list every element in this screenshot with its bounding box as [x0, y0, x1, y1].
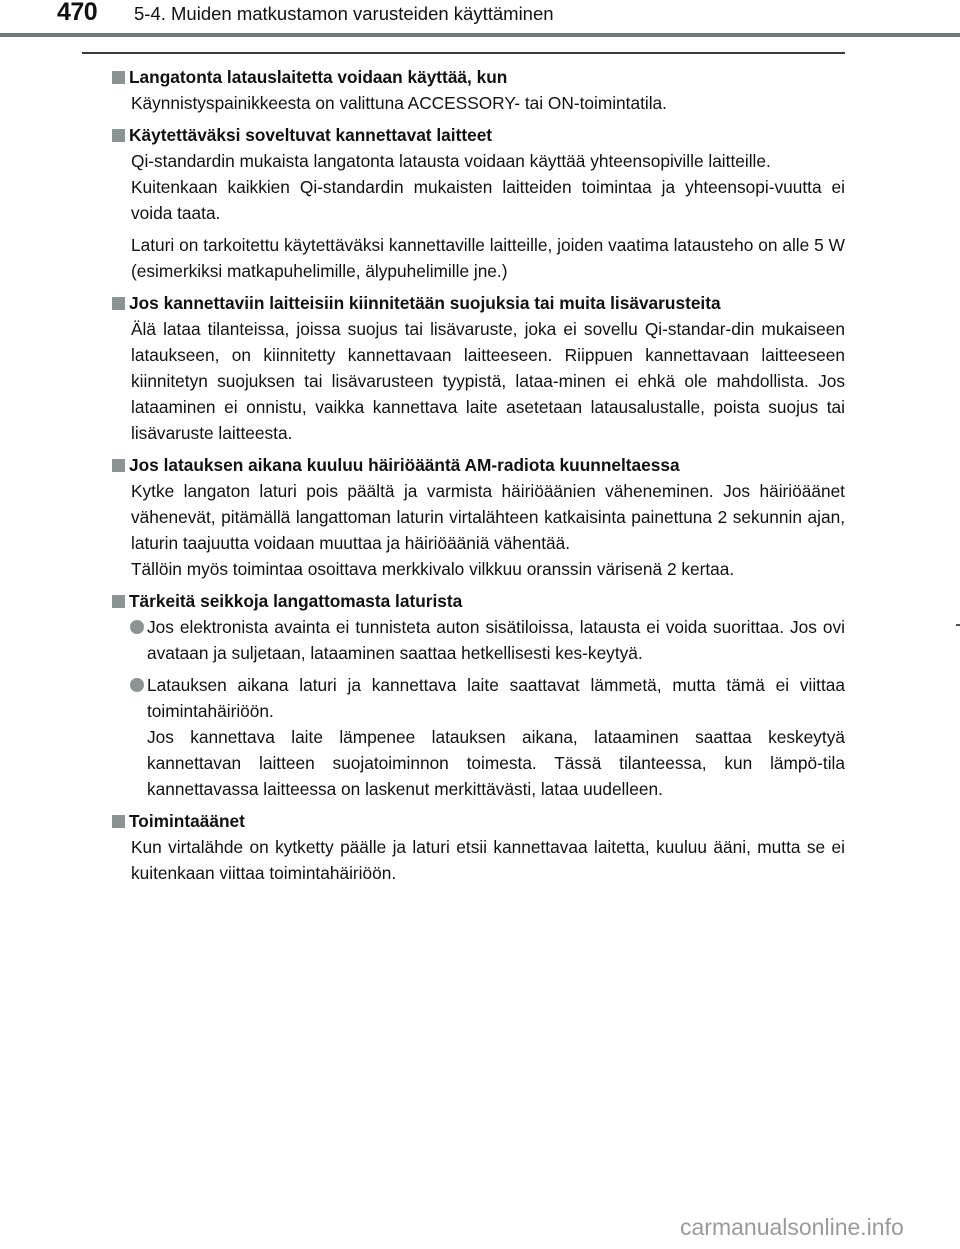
- circle-bullet-icon: [130, 678, 144, 692]
- paragraph: Kytke langaton laturi pois päältä ja var…: [131, 478, 845, 556]
- section-operation-sounds: Toimintaäänet Kun virtalähde on kytketty…: [110, 808, 845, 886]
- paragraph: Kun virtalähde on kytketty päälle ja lat…: [131, 834, 845, 886]
- paragraph: Tällöin myös toimintaa osoittava merkkiv…: [131, 556, 845, 582]
- section-covers-accessories: Jos kannettaviin laitteisiin kiinnitetää…: [110, 290, 845, 446]
- paragraph: Käynnistyspainikkeesta on valittuna ACCE…: [131, 90, 845, 116]
- section-heading: Jos kannettaviin laitteisiin kiinnitetää…: [112, 290, 845, 316]
- section-am-radio-noise: Jos latauksen aikana kuuluu häiriöääntä …: [110, 452, 845, 582]
- section-rule: [82, 52, 845, 54]
- section-important-notes: Tärkeitä seikkoja langattomasta laturist…: [110, 588, 845, 802]
- page-content: Langatonta latauslaitetta voidaan käyttä…: [110, 64, 845, 892]
- paragraph: Qi-standardin mukaista langatonta lataus…: [131, 148, 845, 174]
- square-bullet-icon: [112, 129, 125, 142]
- list-item: Jos elektronista avainta ei tunnisteta a…: [130, 614, 845, 666]
- section-heading: Tärkeitä seikkoja langattomasta laturist…: [112, 588, 845, 614]
- chapter-title: 5-4. Muiden matkustamon varusteiden käyt…: [134, 3, 554, 25]
- margin-tab-marker: [956, 624, 960, 626]
- square-bullet-icon: [112, 297, 125, 310]
- paragraph: Jos kannettava laite lämpenee latauksen …: [147, 724, 845, 802]
- square-bullet-icon: [112, 459, 125, 472]
- section-heading: Toimintaäänet: [112, 808, 845, 834]
- square-bullet-icon: [112, 71, 125, 84]
- square-bullet-icon: [112, 595, 125, 608]
- paragraph: Latauksen aikana laturi ja kannettava la…: [147, 672, 845, 724]
- paragraph: Älä lataa tilanteissa, joissa suojus tai…: [131, 316, 845, 446]
- page-number: 470: [57, 0, 97, 27]
- header-rule: [0, 33, 960, 37]
- paragraph: Kuitenkaan kaikkien Qi-standardin mukais…: [131, 174, 845, 226]
- square-bullet-icon: [112, 815, 125, 828]
- paragraph: Laturi on tarkoitettu käytettäväksi kann…: [131, 232, 845, 284]
- section-compatible-devices: Käytettäväksi soveltuvat kannettavat lai…: [110, 122, 845, 284]
- circle-bullet-icon: [130, 620, 144, 634]
- watermark: carmanualsonline.info: [680, 1214, 904, 1241]
- section-heading: Langatonta latauslaitetta voidaan käyttä…: [112, 64, 845, 90]
- section-usage-conditions: Langatonta latauslaitetta voidaan käyttä…: [110, 64, 845, 116]
- section-heading: Jos latauksen aikana kuuluu häiriöääntä …: [112, 452, 845, 478]
- section-heading: Käytettäväksi soveltuvat kannettavat lai…: [112, 122, 845, 148]
- paragraph: Jos elektronista avainta ei tunnisteta a…: [147, 614, 845, 666]
- list-item: Latauksen aikana laturi ja kannettava la…: [130, 672, 845, 802]
